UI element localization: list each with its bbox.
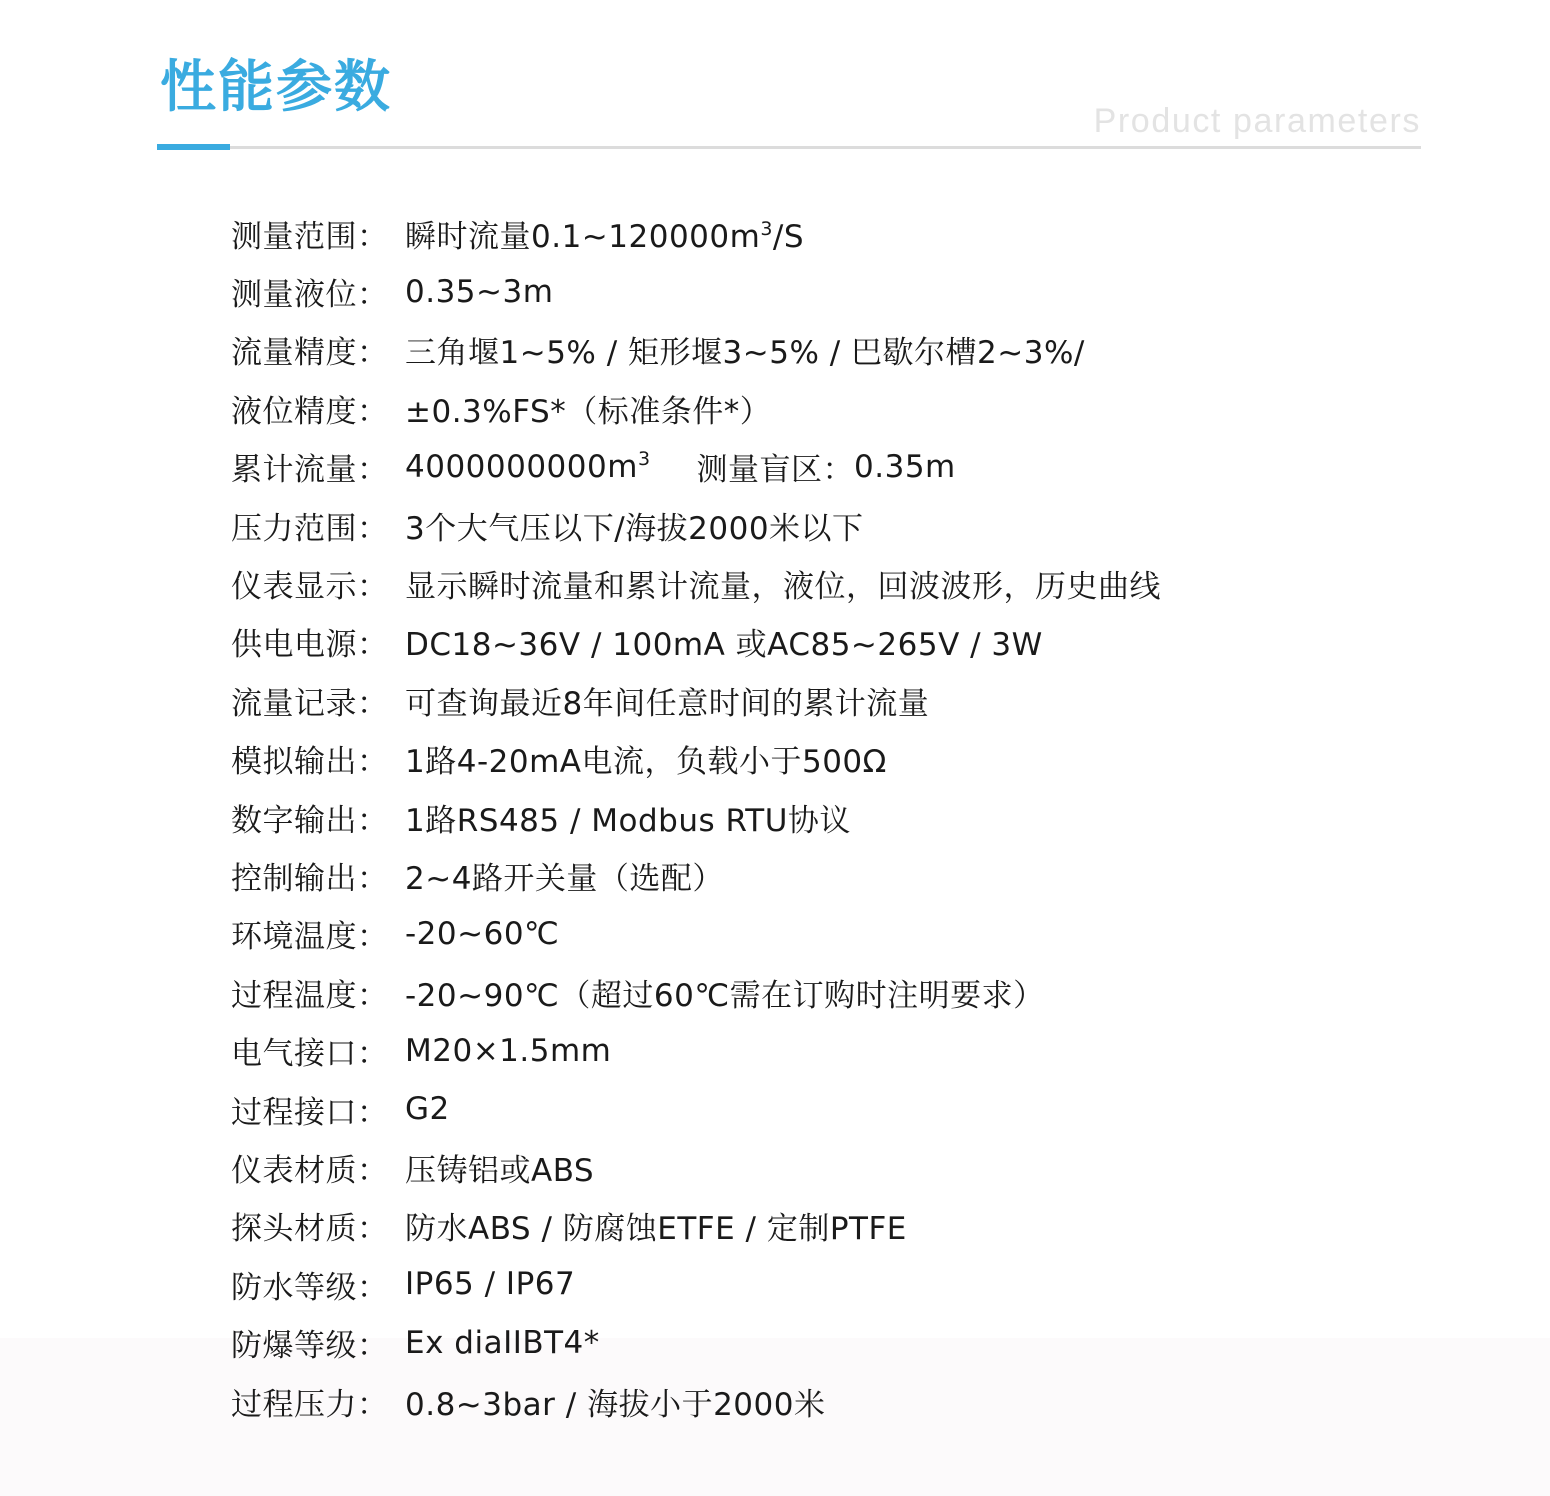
param-label: 仪表显示：	[231, 561, 405, 606]
param-value: -20~90℃（超过60℃需在订购时注明要求）	[405, 970, 1045, 1015]
param-value: ±0.3%FS*（标准条件*）	[405, 386, 771, 431]
param-value: 1路RS485 / Modbus RTU协议	[405, 795, 851, 840]
param-label: 模拟输出：	[231, 736, 405, 781]
superscript: 3	[760, 218, 773, 240]
param-row-pressure-range: 压力范围： 3个大气压以下/海拔2000米以下	[231, 496, 1161, 554]
param-label-blind-zone: 测量盲区：	[697, 444, 855, 489]
param-row-housing-material: 仪表材质： 压铸铝或ABS	[231, 1138, 1161, 1196]
param-value: 3个大气压以下/海拔2000米以下	[405, 503, 864, 548]
param-label: 控制输出：	[231, 853, 405, 898]
param-value: 瞬时流量0.1~120000m3/S	[405, 211, 804, 256]
header-accent-bar	[157, 144, 230, 150]
param-row-waterproof-rating: 防水等级： IP65 / IP67	[231, 1255, 1161, 1313]
param-value: 2~4路开关量（选配）	[405, 853, 724, 898]
param-value-text: 瞬时流量0.1~120000m	[405, 219, 760, 255]
param-row-electrical-interface: 电气接口： M20×1.5mm	[231, 1021, 1161, 1079]
param-label: 过程温度：	[231, 970, 405, 1015]
param-row-process-temperature: 过程温度： -20~90℃（超过60℃需在订购时注明要求）	[231, 963, 1161, 1021]
param-row-ambient-temperature: 环境温度： -20~60℃	[231, 905, 1161, 963]
param-row-flow-accuracy: 流量精度： 三角堰1~5% / 矩形堰3~5% / 巴歇尔槽2~3%/	[231, 321, 1161, 379]
param-row-probe-material: 探头材质： 防水ABS / 防腐蚀ETFE / 定制PTFE	[231, 1197, 1161, 1255]
param-value: Ex diaIIBT4*	[405, 1325, 600, 1361]
param-row-level-accuracy: 液位精度： ±0.3%FS*（标准条件*）	[231, 379, 1161, 437]
param-row-process-interface: 过程接口： G2	[231, 1080, 1161, 1138]
superscript: 3	[638, 448, 651, 470]
param-row-analog-output: 模拟输出： 1路4-20mA电流，负载小于500Ω	[231, 730, 1161, 788]
parameter-list: 测量范围： 瞬时流量0.1~120000m3/S 测量液位： 0.35~3m 流…	[231, 204, 1161, 1430]
param-value: 0.8~3bar / 海拔小于2000米	[405, 1379, 825, 1424]
param-value: IP65 / IP67	[405, 1266, 575, 1302]
param-value: 可查询最近8年间任意时间的累计流量	[405, 678, 929, 723]
param-row-control-output: 控制输出： 2~4路开关量（选配）	[231, 846, 1161, 904]
param-label: 探头材质：	[231, 1203, 405, 1248]
header-divider	[157, 146, 1421, 149]
param-label: 环境温度：	[231, 911, 405, 956]
param-value: 0.35~3m	[405, 274, 553, 310]
param-label: 电气接口：	[231, 1028, 405, 1073]
param-value: 三角堰1~5% / 矩形堰3~5% / 巴歇尔槽2~3%/	[405, 327, 1085, 372]
param-value: 显示瞬时流量和累计流量，液位，回波波形，历史曲线	[405, 561, 1161, 606]
param-value: DC18~36V / 100mA 或AC85~265V / 3W	[405, 619, 1043, 664]
param-value: M20×1.5mm	[405, 1033, 611, 1069]
page-subtitle-english: Product parameters	[1094, 100, 1421, 142]
param-value: G2	[405, 1091, 450, 1127]
param-value: 压铸铝或ABS	[405, 1145, 594, 1190]
param-value: 4000000000m3	[405, 449, 651, 485]
param-label: 累计流量：	[231, 444, 405, 489]
param-row-measurement-level: 测量液位： 0.35~3m	[231, 262, 1161, 320]
param-label: 数字输出：	[231, 795, 405, 840]
param-value: 防水ABS / 防腐蚀ETFE / 定制PTFE	[405, 1203, 907, 1248]
param-value-unit: /S	[773, 219, 804, 255]
param-label: 防爆等级：	[231, 1320, 405, 1365]
param-value-blind-zone: 0.35m	[854, 449, 956, 485]
param-label: 供电电源：	[231, 619, 405, 664]
param-label: 压力范围：	[231, 503, 405, 548]
param-label: 测量液位：	[231, 269, 405, 314]
param-label: 仪表材质：	[231, 1145, 405, 1190]
param-row-cumulative-flow: 累计流量： 4000000000m3 测量盲区： 0.35m	[231, 438, 1161, 496]
param-label: 测量范围：	[231, 211, 405, 256]
param-value: 1路4-20mA电流，负载小于500Ω	[405, 736, 887, 781]
param-value-text: 4000000000m	[405, 449, 638, 485]
param-row-measurement-range: 测量范围： 瞬时流量0.1~120000m3/S	[231, 204, 1161, 262]
param-label: 过程接口：	[231, 1087, 405, 1132]
param-label: 防水等级：	[231, 1262, 405, 1307]
param-row-display: 仪表显示： 显示瞬时流量和累计流量，液位，回波波形，历史曲线	[231, 554, 1161, 612]
param-label: 流量记录：	[231, 678, 405, 723]
param-row-process-pressure: 过程压力： 0.8~3bar / 海拔小于2000米	[231, 1372, 1161, 1430]
param-label: 过程压力：	[231, 1379, 405, 1424]
param-row-digital-output: 数字输出： 1路RS485 / Modbus RTU协议	[231, 788, 1161, 846]
param-value: -20~60℃	[405, 916, 559, 952]
param-row-flow-record: 流量记录： 可查询最近8年间任意时间的累计流量	[231, 671, 1161, 729]
page-title: 性能参数	[160, 50, 392, 126]
param-row-explosion-proof-rating: 防爆等级： Ex diaIIBT4*	[231, 1313, 1161, 1371]
param-row-power-supply: 供电电源： DC18~36V / 100mA 或AC85~265V / 3W	[231, 613, 1161, 671]
param-label: 液位精度：	[231, 386, 405, 431]
param-label: 流量精度：	[231, 327, 405, 372]
